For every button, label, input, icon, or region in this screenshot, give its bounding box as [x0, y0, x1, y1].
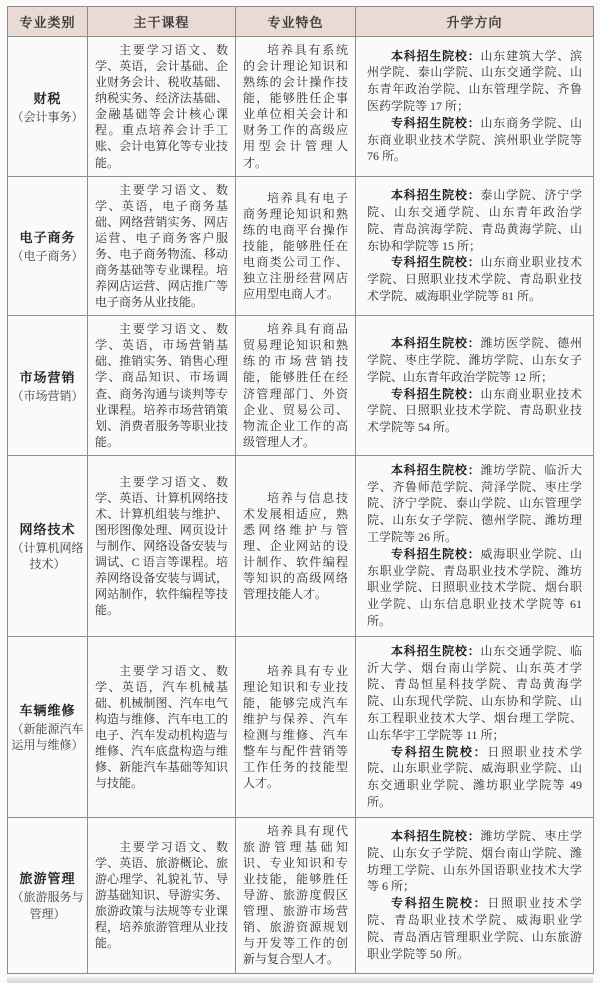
direction-cell: 本科招生院校：山东交通学院、临沂大学、烟台南山学院、山东英才学院、青岛恒星科技学… [356, 636, 594, 817]
college-label: 专科招生院校： [391, 896, 487, 910]
category-name: 市场营销 [11, 367, 84, 386]
courses-text: 主要学习语文、数学、英语，电子商务基础、网络营销实务、网店运营、电子商务客户服务… [95, 182, 228, 311]
category-subtitle: （电子商务） [11, 248, 84, 264]
courses-cell: 主要学习语文、数学、英语，电子商务基础、网络营销实务、网店运营、电子商务客户服务… [88, 176, 236, 316]
bachelor-label: 本科招生院校： [391, 644, 481, 658]
direction-cell: 本科招生院校：泰山学院、济宁学院、山东交通学院、山东青年政治学院、青岛滨海学院、… [356, 176, 594, 316]
category-cell: 财税 （会计事务） [8, 37, 88, 177]
features-cell: 培养具有现代旅游管理基础知识、专业知识和专业技能，能够胜任导游、旅游度假区管理、… [236, 817, 356, 973]
college-schools: 专科招生院校：日照职业技术学院、青岛职业技术学院、威海职业学院、青岛酒店管理职业… [367, 895, 582, 962]
courses-text: 主要学习语文、数学、英语、计算机网络技术、计算机组装与维护、图形图像处理、网页设… [95, 474, 228, 619]
direction-cell: 本科招生院校：潍坊学院、临沂大学、齐鲁师范学院、菏泽学院、枣庄学院、济宁学院、泰… [356, 455, 594, 636]
bachelor-label: 本科招生院校： [391, 336, 481, 350]
college-label: 专科招生院校： [391, 387, 481, 401]
category-name: 电子商务 [11, 227, 84, 246]
bachelor-schools: 本科招生院校：潍坊医学院、德州学院、枣庄学院、潍坊学院、山东女子学院、山东青年政… [367, 335, 582, 385]
features-cell: 培养具有商品贸易理论知识和熟练的市场营销技能，能够胜任在经济管理部门、外资企业、… [236, 316, 356, 456]
courses-cell: 主要学习语文、数学、英语，会计基础、企业财务会计、税收基础、纳税实务、经济法基础… [88, 37, 236, 177]
table-row: 电子商务 （电子商务） 主要学习语文、数学、英语，电子商务基础、网络营销实务、网… [8, 176, 594, 316]
bachelor-schools: 本科招生院校：泰山学院、济宁学院、山东交通学院、山东青年政治学院、青岛滨海学院、… [367, 187, 582, 254]
category-subtitle: （市场营销） [11, 388, 84, 404]
category-name: 财税 [11, 88, 84, 107]
bachelor-label: 本科招生院校： [391, 49, 481, 63]
college-schools: 专科招生院校：日照职业技术学院、山东职业学院、威海职业学院、山东交通职业学院、潍… [367, 744, 582, 811]
category-name: 旅游管理 [11, 868, 84, 887]
bachelor-schools: 本科招生院校：山东交通学院、临沂大学、烟台南山学院、山东英才学院、青岛恒星科技学… [367, 643, 582, 744]
table-row: 市场营销 （市场营销） 主要学习语文、数学、英语，市场营销基础、推销实务、销售心… [8, 316, 594, 456]
direction-cell: 本科招生院校：山东建筑大学、滨州学院、泰山学院、山东交通学院、山东青年政治学院、… [356, 37, 594, 177]
features-text: 培养具有专业理论知识和专业技能，能够完成汽车维护与保养、汽车检测与维修、汽车整车… [243, 663, 348, 792]
college-schools: 专科招生院校：山东商业职业技术学院、日照职业技术学院、青岛职业技术学院、威海职业… [367, 254, 582, 304]
features-text: 培养具有系统的会计理论知识和熟练的会计操作技能，能够胜任企事业单位相关会计和财务… [243, 42, 348, 171]
college-label: 专科招生院校： [391, 547, 481, 561]
category-cell: 电子商务 （电子商务） [8, 176, 88, 316]
features-cell: 培养具有电子商务理论知识和熟练的电商平台操作技能，能够胜任在电商类公司工作、独立… [236, 176, 356, 316]
table-row: 网络技术 （计算机网络技术） 主要学习语文、数学、英语、计算机网络技术、计算机组… [8, 455, 594, 636]
bachelor-label: 本科招生院校： [391, 829, 481, 843]
category-cell: 网络技术 （计算机网络技术） [8, 455, 88, 636]
table-row: 车辆维修 （新能源汽车运用与维修） 主要学习语文、数学、英语，汽车机械基础、机械… [8, 636, 594, 817]
bachelor-schools: 本科招生院校：潍坊学院、枣庄学院、山东女子学院、烟台南山学院、潍坊理工学院、山东… [367, 828, 582, 895]
bachelor-label: 本科招生院校： [391, 188, 481, 202]
majors-table: 专业类别 主干课程 专业特色 升学方向 财税 （会计事务） 主要学习语文、数学、… [7, 6, 594, 974]
category-subtitle: （新能源汽车运用与维修） [11, 721, 84, 753]
direction-cell: 本科招生院校：潍坊医学院、德州学院、枣庄学院、潍坊学院、山东女子学院、山东青年政… [356, 316, 594, 456]
category-subtitle: （旅游服务与管理） [11, 889, 84, 921]
features-cell: 培养具有专业理论知识和专业技能，能够完成汽车维护与保养、汽车检测与维修、汽车整车… [236, 636, 356, 817]
category-subtitle: （计算机网络技术） [11, 540, 84, 572]
features-text: 培养具有现代旅游管理基础知识、专业知识和专业技能，能够胜任导游、旅游度假区管理、… [243, 823, 348, 968]
features-text: 培养具有商品贸易理论知识和熟练的市场营销技能，能够胜任在经济管理部门、外资企业、… [243, 321, 348, 450]
header-features: 专业特色 [236, 7, 356, 37]
college-schools: 专科招生院校：山东商务学院、山东商业职业技术学院、滨州职业学院等 76 所。 [367, 115, 582, 165]
category-cell: 车辆维修 （新能源汽车运用与维修） [8, 636, 88, 817]
college-label: 专科招生院校： [391, 745, 487, 759]
college-schools: 专科招生院校：威海职业学院、山东职业学院、青岛职业技术学院、潍坊职业学院、日照职… [367, 546, 582, 630]
courses-text: 主要学习语文、数学、英语，汽车机械基础、机械制图、汽车电气构造与维修、汽车电工的… [95, 663, 228, 792]
courses-text: 主要学习语文、数学、英语、旅游概论、旅游心理学、礼貌礼节、导游基础知识、导游实务… [95, 839, 228, 952]
category-subtitle: （会计事务） [11, 109, 84, 125]
category-cell: 市场营销 （市场营销） [8, 316, 88, 456]
bachelor-label: 本科招生院校： [391, 463, 481, 477]
page-bottom-edge [7, 977, 593, 983]
header-category: 专业类别 [8, 7, 88, 37]
table-row: 旅游管理 （旅游服务与管理） 主要学习语文、数学、英语、旅游概论、旅游心理学、礼… [8, 817, 594, 973]
category-name: 网络技术 [11, 519, 84, 538]
header-direction: 升学方向 [356, 7, 594, 37]
category-cell: 旅游管理 （旅游服务与管理） [8, 817, 88, 973]
college-label: 专科招生院校： [391, 116, 481, 130]
features-cell: 培养与信息技术发展相适应，熟悉网络维护与管理、企业网站的设计制作、软件编程等知识… [236, 455, 356, 636]
features-text: 培养与信息技术发展相适应，熟悉网络维护与管理、企业网站的设计制作、软件编程等知识… [243, 490, 348, 603]
features-cell: 培养具有系统的会计理论知识和熟练的会计操作技能，能够胜任企事业单位相关会计和财务… [236, 37, 356, 177]
table-row: 财税 （会计事务） 主要学习语文、数学、英语，会计基础、企业财务会计、税收基础、… [8, 37, 594, 177]
courses-cell: 主要学习语文、数学、英语，汽车机械基础、机械制图、汽车电气构造与维修、汽车电工的… [88, 636, 236, 817]
header-courses: 主干课程 [88, 7, 236, 37]
college-label: 专科招生院校： [391, 255, 481, 269]
courses-cell: 主要学习语文、数学、英语、旅游概论、旅游心理学、礼貌礼节、导游基础知识、导游实务… [88, 817, 236, 973]
college-schools: 专科招生院校：山东商业职业技术学院、日照职业技术学院、青岛职业技术学院等 54 … [367, 386, 582, 436]
courses-cell: 主要学习语文、数学、英语、计算机网络技术、计算机组装与维护、图形图像处理、网页设… [88, 455, 236, 636]
bachelor-schools: 本科招生院校：潍坊学院、临沂大学、齐鲁师范学院、菏泽学院、枣庄学院、济宁学院、泰… [367, 462, 582, 546]
courses-cell: 主要学习语文、数学、英语，市场营销基础、推销实务、销售心理学、商品知识、市场调查… [88, 316, 236, 456]
header-row: 专业类别 主干课程 专业特色 升学方向 [8, 7, 594, 37]
bachelor-schools: 本科招生院校：山东建筑大学、滨州学院、泰山学院、山东交通学院、山东青年政治学院、… [367, 48, 582, 115]
direction-cell: 本科招生院校：潍坊学院、枣庄学院、山东女子学院、烟台南山学院、潍坊理工学院、山东… [356, 817, 594, 973]
courses-text: 主要学习语文、数学、英语，市场营销基础、推销实务、销售心理学、商品知识、市场调查… [95, 321, 228, 450]
courses-text: 主要学习语文、数学、英语，会计基础、企业财务会计、税收基础、纳税实务、经济法基础… [95, 42, 228, 171]
category-name: 车辆维修 [11, 700, 84, 719]
features-text: 培养具有电子商务理论知识和熟练的电商平台操作技能，能够胜任在电商类公司工作、独立… [243, 190, 348, 303]
